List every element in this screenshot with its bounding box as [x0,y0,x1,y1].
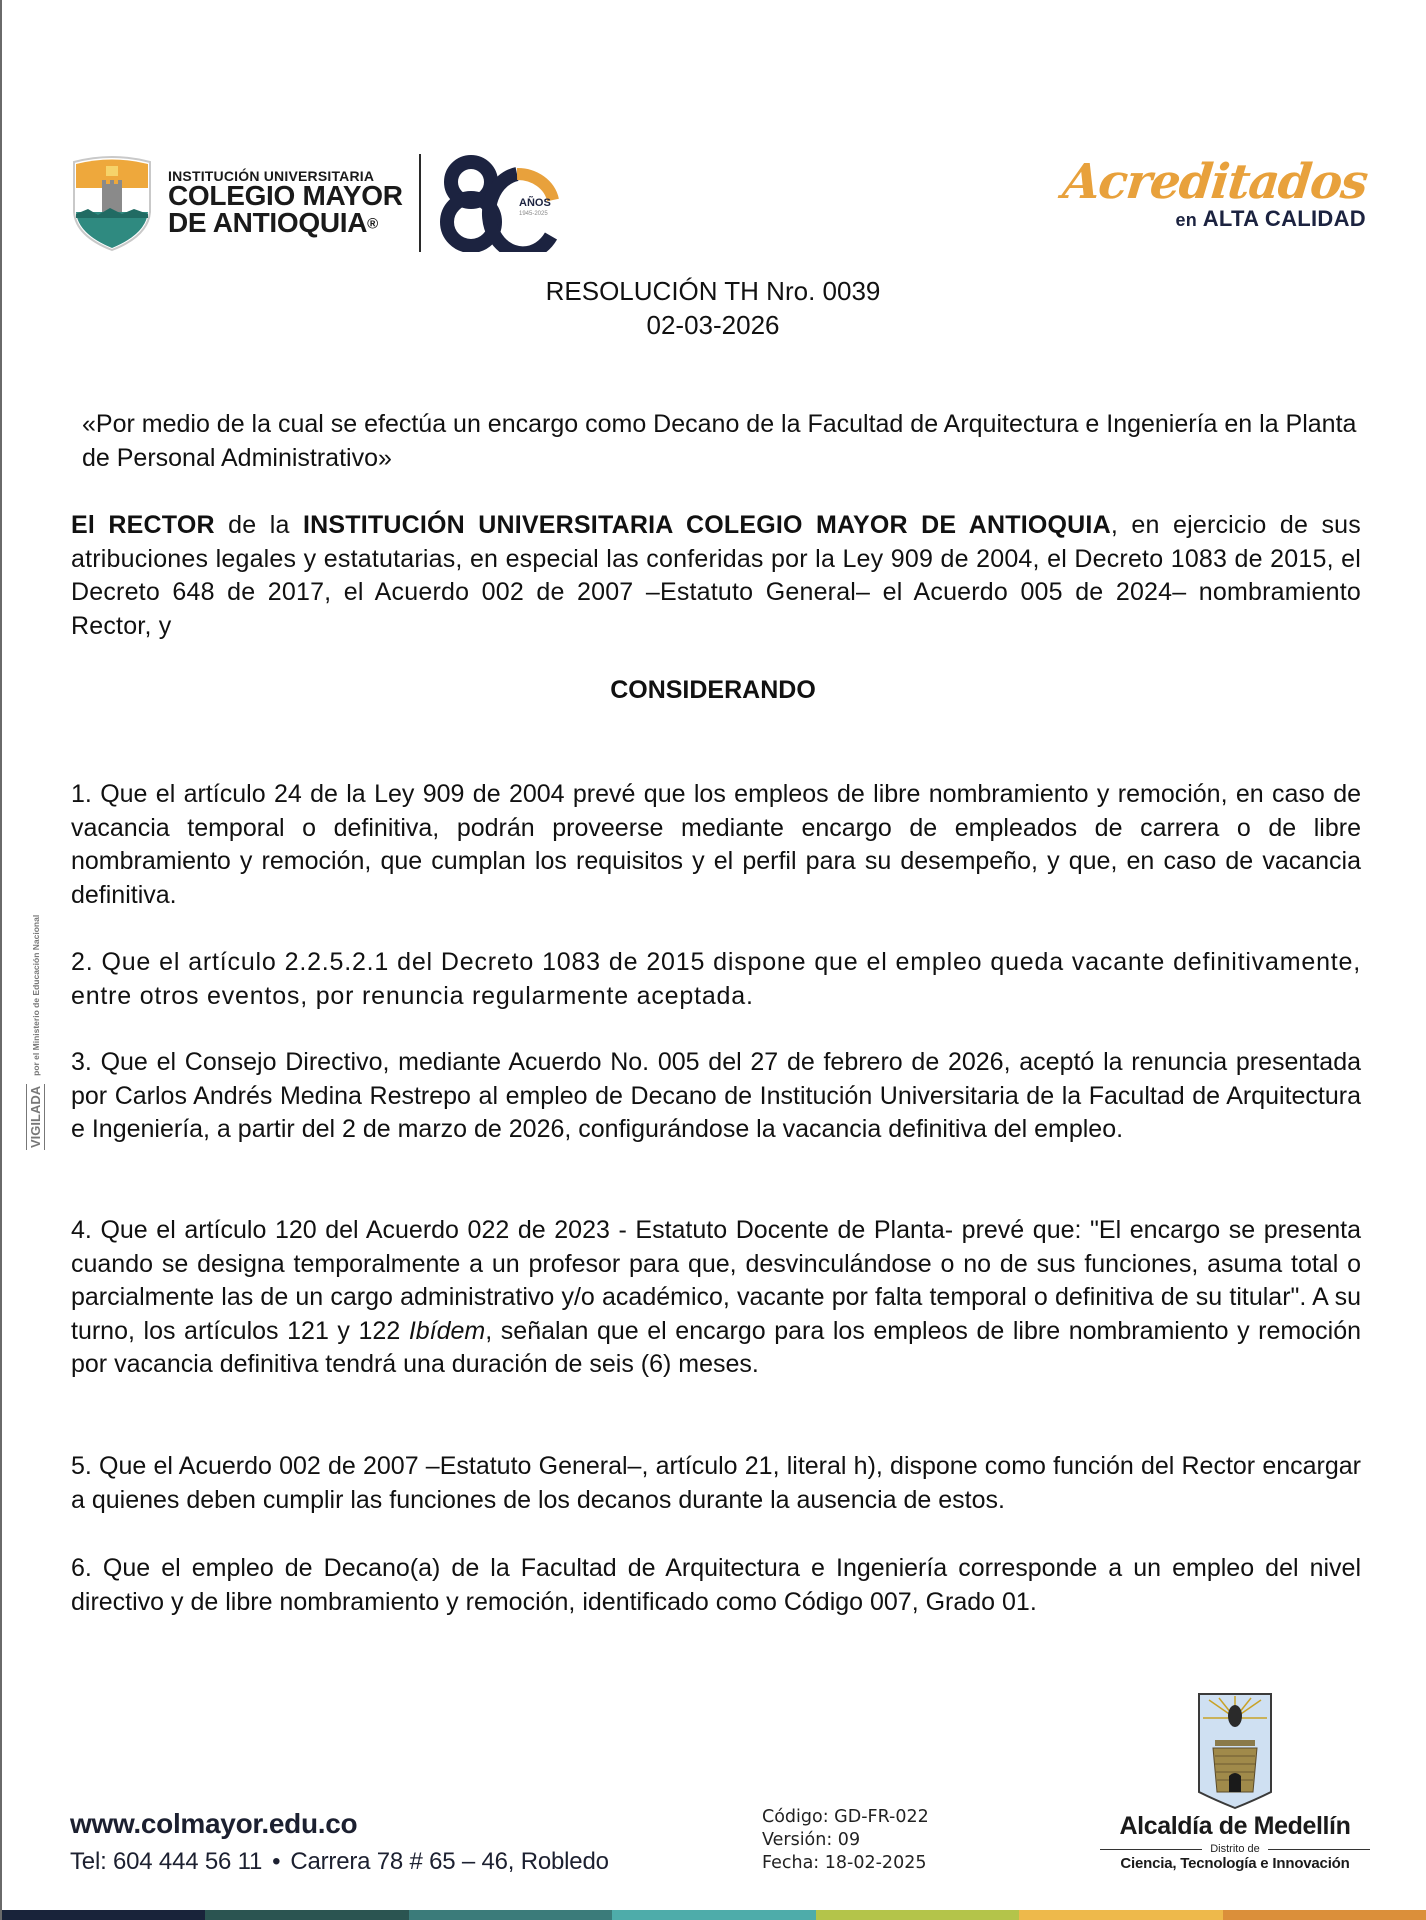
logo-divider [419,154,421,252]
alcaldia-name: Alcaldía de Medellín [1100,1812,1370,1841]
alcaldia-medellin-logo: Alcaldía de Medellín Distrito de Ciencia… [1100,1692,1370,1872]
considerando-item-4: 4. Que el artículo 120 del Acuerdo 022 d… [71,1214,1361,1382]
document-control-codes: Código: GD-FR-022 Versión: 09 Fecha: 18-… [762,1806,929,1875]
considerando-4-ibidem: Ibídem [409,1317,485,1345]
institution-wordmark: INSTITUCIÓN UNIVERSITARIA COLEGIO MAYOR … [168,169,403,236]
color-bar-segment [816,1910,1019,1920]
color-bar-segment [205,1910,408,1920]
resolution-date: 02-03-2026 [0,308,1426,342]
preamble-text1: de la [215,511,303,539]
color-bar-segment [409,1910,612,1920]
resolution-heading: RESOLUCIÓN TH Nro. 0039 02-03-2026 [0,274,1426,342]
preamble-paragraph: El RECTOR de la INSTITUCIÓN UNIVERSITARI… [71,509,1361,643]
accreditation-badge: Acreditados en ALTA CALIDAD [1063,158,1366,232]
document-date: Fecha: 18-02-2025 [762,1852,929,1875]
vigilada-label: VIGILADA [26,1084,45,1150]
anniversary-years: 1945-2025 [519,211,548,217]
color-bar-segment [1019,1910,1222,1920]
institution-name-line1: COLEGIO MAYOR [168,183,403,210]
anniversary-80-logo: AÑOS 1945-2025 [439,154,569,252]
vigilada-sub: por el Ministerio de Educación Nacional [31,915,41,1076]
accreditation-script-text: Acreditados [1060,158,1369,206]
footer-contact: Tel: 604 444 56 11•Carrera 78 # 65 – 46,… [70,1848,609,1876]
considerando-item-3: 3. Que el Consejo Directivo, mediante Ac… [71,1046,1361,1147]
preamble-rector: El RECTOR [71,511,215,539]
color-bar-segment [1223,1910,1426,1920]
medellin-crest-icon [1195,1692,1275,1810]
document-version: Versión: 09 [762,1829,929,1852]
considerando-item-6: 6. Que el empleo de Decano(a) de la Facu… [71,1552,1361,1619]
distrito-label: Distrito de [1210,1843,1260,1855]
considerando-item-2: 2. Que el artículo 2.2.5.2.1 del Decreto… [71,946,1361,1013]
preamble-institution: INSTITUCIÓN UNIVERSITARIA COLEGIO MAYOR … [303,511,1111,539]
considerando-heading: CONSIDERANDO [0,676,1426,705]
footer-separator: • [272,1848,280,1875]
shield-icon [68,154,156,252]
letterhead: INSTITUCIÓN UNIVERSITARIA COLEGIO MAYOR … [68,150,1366,260]
accreditation-en: en [1176,210,1198,230]
document-code: Código: GD-FR-022 [762,1806,929,1829]
footer-color-bar [2,1910,1426,1920]
registered-mark: ® [367,215,378,232]
footer-phone: Tel: 604 444 56 11 [70,1848,262,1875]
considerando-item-1: 1. Que el artículo 24 de la Ley 909 de 2… [71,778,1361,912]
considerando-item-5: 5. Que el Acuerdo 002 de 2007 –Estatuto … [71,1450,1361,1517]
resolution-subject: «Por medio de la cual se efectúa un enca… [82,408,1362,475]
alcaldia-distrito: Distrito de [1100,1843,1370,1855]
resolution-title: RESOLUCIÓN TH Nro. 0039 [0,274,1426,308]
anniversary-label: AÑOS [519,196,551,209]
institution-name-line2: DE ANTIOQUIA [168,207,367,238]
vigilada-stamp: VIGILADA por el Ministerio de Educación … [26,915,45,1150]
footer-address: Carrera 78 # 65 – 46, Robledo [290,1848,608,1875]
color-bar-segment [612,1910,815,1920]
color-bar-segment [2,1910,205,1920]
footer-website-link[interactable]: www.colmayor.edu.co [70,1808,357,1840]
alcaldia-tagline: Ciencia, Tecnología e Innovación [1100,1855,1370,1872]
colegio-mayor-logo: INSTITUCIÓN UNIVERSITARIA COLEGIO MAYOR … [68,154,569,252]
